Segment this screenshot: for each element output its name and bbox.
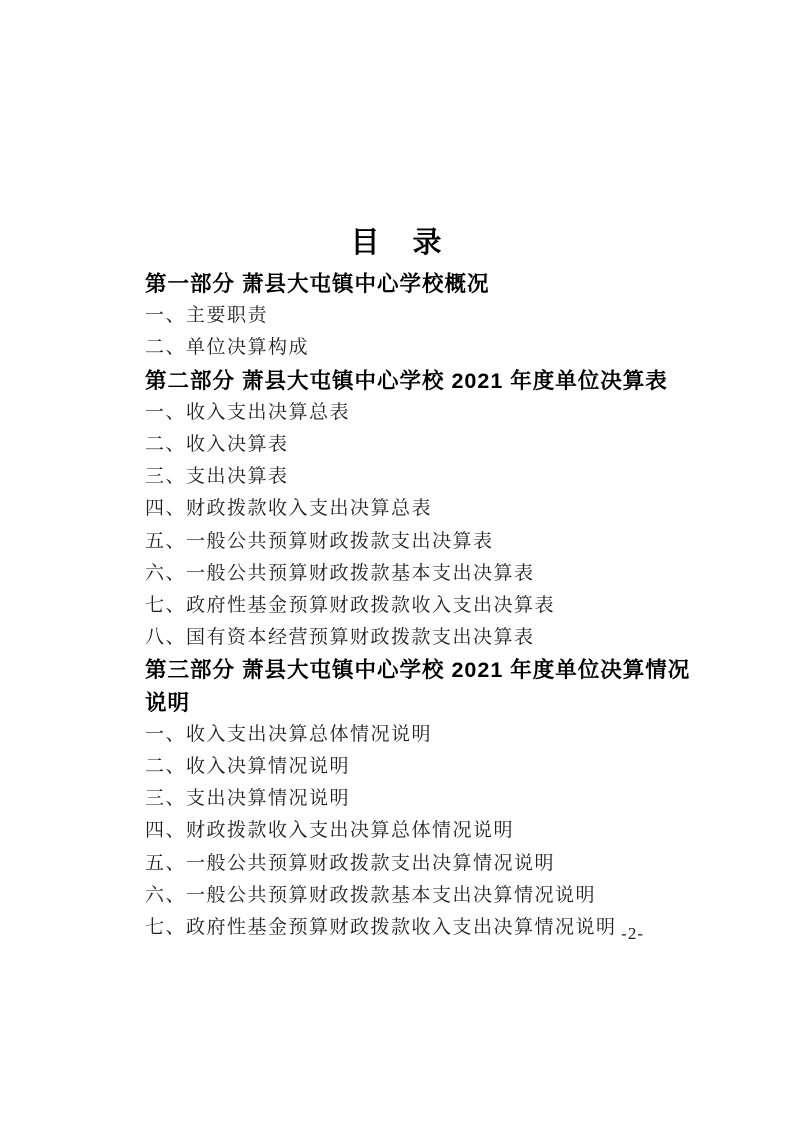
- toc-item: 二、收入决算情况说明: [145, 751, 667, 783]
- toc-item: 一、收入支出决算总体情况说明: [145, 719, 667, 751]
- toc-item: 一、主要职责: [145, 300, 667, 332]
- toc-item: 七、政府性基金预算财政拨款收入支出决算情况说明: [145, 912, 667, 944]
- section-1-heading: 第一部分 萧县大屯镇中心学校概况: [145, 268, 667, 300]
- toc-item: 六、一般公共预算财政拨款基本支出决算表: [145, 558, 667, 590]
- page-title: 目 录: [0, 0, 794, 260]
- toc-item: 四、财政拨款收入支出决算总体情况说明: [145, 815, 667, 847]
- table-of-contents: 第一部分 萧县大屯镇中心学校概况 一、主要职责 二、单位决算构成 第二部分 萧县…: [145, 268, 667, 944]
- section-2-heading: 第二部分 萧县大屯镇中心学校 2021 年度单位决算表: [145, 365, 667, 397]
- toc-item: 八、国有资本经营预算财政拨款支出决算表: [145, 622, 667, 654]
- toc-item: 七、政府性基金预算财政拨款收入支出决算表: [145, 590, 667, 622]
- toc-item: 五、一般公共预算财政拨款支出决算表: [145, 526, 667, 558]
- toc-item: 五、一般公共预算财政拨款支出决算情况说明: [145, 848, 667, 880]
- toc-item: 三、支出决算表: [145, 461, 667, 493]
- page-number: -2-: [621, 924, 644, 944]
- toc-item: 六、一般公共预算财政拨款基本支出决算情况说明: [145, 880, 667, 912]
- toc-item: 二、单位决算构成: [145, 332, 667, 364]
- toc-item: 四、财政拨款收入支出决算总表: [145, 493, 667, 525]
- section-3-heading-line-2: 说明: [145, 687, 667, 719]
- section-3-heading-line-1: 第三部分 萧县大屯镇中心学校 2021 年度单位决算情况: [145, 654, 667, 686]
- toc-item: 二、收入决算表: [145, 429, 667, 461]
- toc-item: 三、支出决算情况说明: [145, 783, 667, 815]
- document-page: 目 录 第一部分 萧县大屯镇中心学校概况 一、主要职责 二、单位决算构成 第二部…: [0, 0, 794, 1122]
- toc-item: 一、收入支出决算总表: [145, 397, 667, 429]
